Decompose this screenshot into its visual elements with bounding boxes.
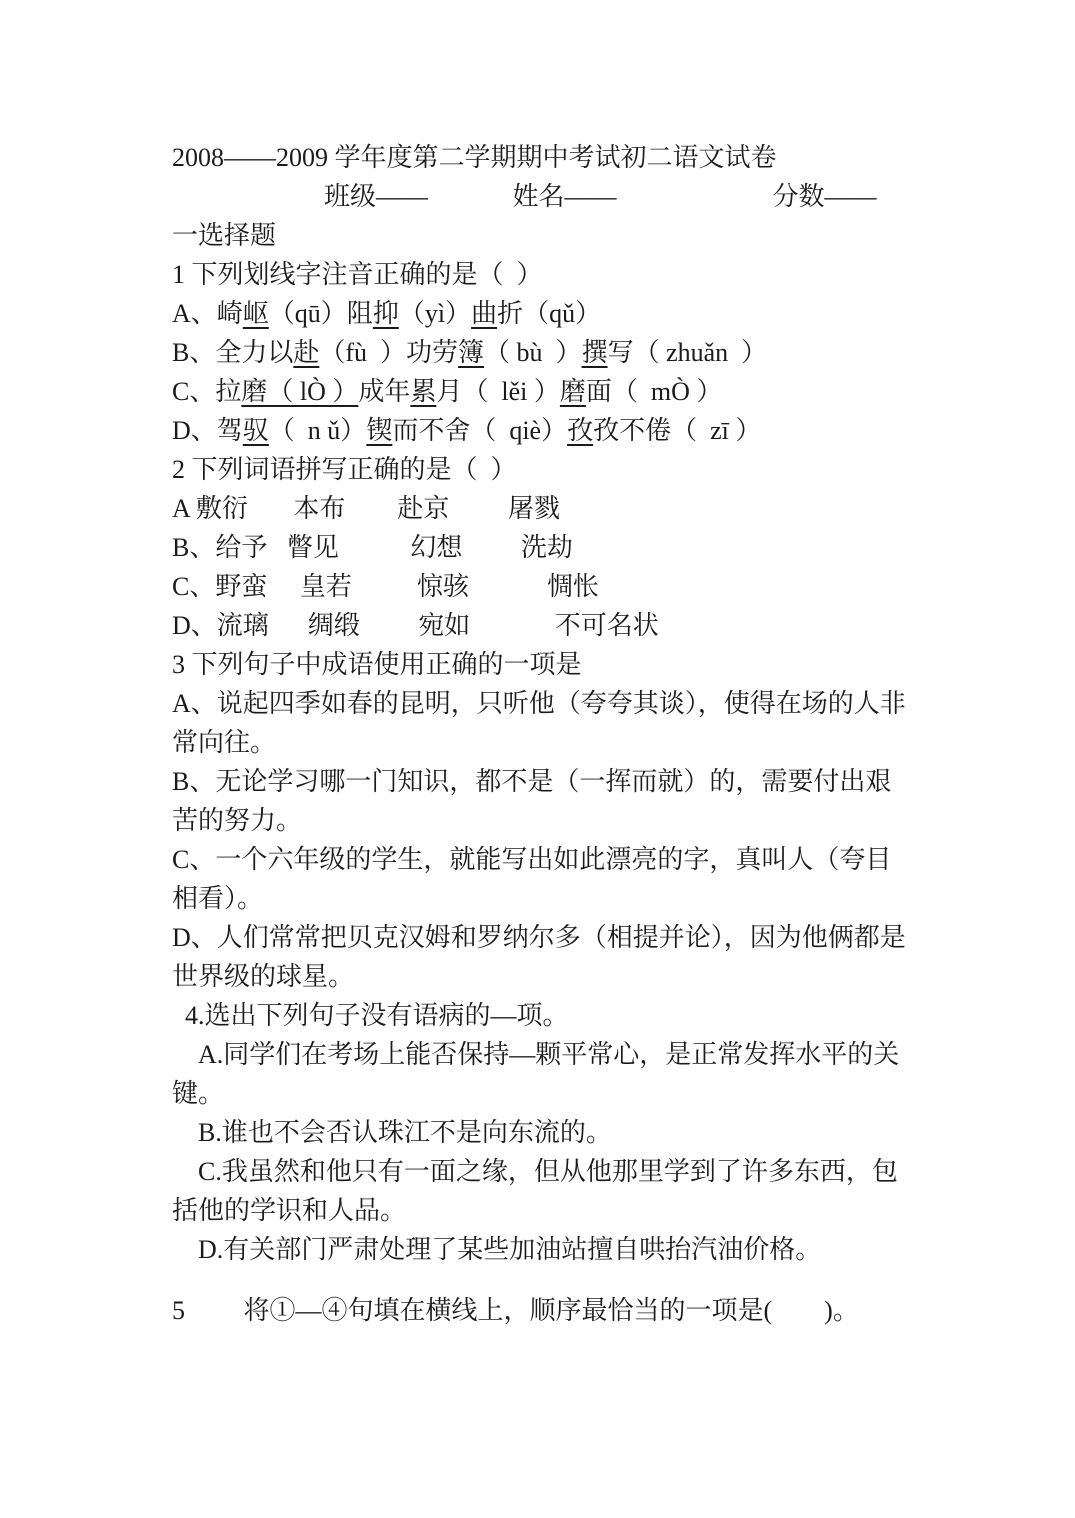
exam-paper-page: 2008——2009 学年度第二学期期中考试初二语文试卷班级—— 姓名—— 分数… — [0, 0, 1075, 1518]
text-segment: （fù ）功劳 — [319, 338, 458, 367]
q3-option-d-cont: 世界级的球星。 — [172, 957, 925, 996]
q4-option-a: A.同学们在考场上能否保持—颗平常心，是正常发挥水平的关 — [172, 1035, 925, 1074]
q1-option-c: C、拉磨（ lÒ ）成年累月（ lěi ）磨面（ mÒ ） — [172, 372, 925, 411]
text-segment: B、全力以 — [172, 338, 293, 367]
text-segment: C、一个六年级的学生，就能写出如此漂亮的字，真叫人（夸目 — [172, 845, 891, 874]
header-fields: 班级—— 姓名—— 分数—— — [172, 177, 925, 216]
text-segment: C、拉 — [172, 377, 241, 406]
text-segment: D、流璃 绸缎 宛如 不可名状 — [172, 611, 659, 640]
document-body: 2008——2009 学年度第二学期期中考试初二语文试卷班级—— 姓名—— 分数… — [172, 138, 925, 1330]
q5-stem: 5 将①—④句填在横线上，顺序最恰当的一项是( )。 — [172, 1291, 925, 1330]
section-title: 一选择题 — [172, 216, 925, 255]
text-segment: D、驾 — [172, 416, 243, 445]
q4-stem: 4.选出下列句子没有语病的—项。 — [172, 996, 925, 1035]
underlined-text: 孜 — [567, 416, 593, 445]
underlined-text: 岖 — [243, 299, 269, 328]
q3-option-a: A、说起四季如春的昆明，只听他（夸夸其谈），使得在场的人非 — [172, 684, 925, 723]
underlined-text: 磨（ lÒ ） — [241, 377, 358, 406]
q3-option-a-cont: 常向往。 — [172, 723, 925, 762]
text-segment: B.谁也不会否认珠江不是向东流的。 — [198, 1118, 612, 1147]
text-segment: 5 将①—④句填在横线上，顺序最恰当的一项是( )。 — [172, 1296, 859, 1325]
text-segment: （yì） — [399, 299, 471, 328]
text-segment: 而不舍（ qiè） — [392, 416, 567, 445]
text-segment: 相看）。 — [172, 884, 263, 913]
text-segment: 班级—— — [324, 182, 428, 211]
exam-title: 2008——2009 学年度第二学期期中考试初二语文试卷 — [172, 138, 925, 177]
q2-option-b: B、给予 瞥见 幻想 洗劫 — [172, 528, 925, 567]
text-segment: 面（ mÒ ） — [586, 377, 723, 406]
q1-option-b: B、全力以赴（fù ）功劳簿（ bù ）撰写（ zhuǎn ） — [172, 333, 925, 372]
text-segment: 世界级的球星。 — [172, 962, 354, 991]
text-segment: C、野蛮 皇若 惊骇 惆怅 — [172, 572, 599, 601]
text-segment: （qū）阻 — [269, 299, 373, 328]
text-segment: （ n ǔ） — [269, 416, 367, 445]
q2-option-d: D、流璃 绸缎 宛如 不可名状 — [172, 606, 925, 645]
text-segment: C.我虽然和他只有一面之缘，但从他那里学到了许多东西，包 — [198, 1157, 898, 1186]
q3-option-d: D、人们常常把贝克汉姆和罗纳尔多（相提并论），因为他俩都是 — [172, 918, 925, 957]
text-segment: 1 下列划线字注音正确的是（ ） — [172, 260, 543, 289]
underlined-text: 磨 — [560, 377, 586, 406]
underlined-text: 驭 — [243, 416, 269, 445]
text-segment: 成年 — [358, 377, 410, 406]
q3-option-b: B、无论学习哪一门知识，都不是（一挥而就）的，需要付出艰 — [172, 762, 925, 801]
text-segment: 3 下列句子中成语使用正确的一项是 — [172, 650, 582, 679]
text-segment: 括他的学识和人品。 — [172, 1196, 406, 1225]
text-segment: 2008——2009 学年度第二学期期中考试初二语文试卷 — [172, 143, 777, 172]
text-segment — [428, 182, 513, 211]
q3-option-c: C、一个六年级的学生，就能写出如此漂亮的字，真叫人（夸目 — [172, 840, 925, 879]
text-segment: 月（ lěi ） — [436, 377, 560, 406]
underlined-text: 抑 — [373, 299, 399, 328]
text-segment: A、崎 — [172, 299, 243, 328]
text-segment — [617, 182, 773, 211]
q4-option-c: C.我虽然和他只有一面之缘，但从他那里学到了许多东西，包 — [172, 1152, 925, 1191]
text-segment: D.有关部门严肃处理了某些加油站擅自哄抬汽油价格。 — [198, 1235, 821, 1264]
q2-option-c: C、野蛮 皇若 惊骇 惆怅 — [172, 567, 925, 606]
q2-option-a: A 敷衍 本布 赴京 屠戮 — [172, 489, 925, 528]
text-segment: B、无论学习哪一门知识，都不是（一挥而就）的，需要付出艰 — [172, 767, 891, 796]
q3-option-c-cont: 相看）。 — [172, 879, 925, 918]
text-segment: 孜不倦（ zī ） — [593, 416, 761, 445]
q1-stem: 1 下列划线字注音正确的是（ ） — [172, 255, 925, 294]
text-segment: 折（qǔ） — [497, 299, 601, 328]
q3-option-b-cont: 苦的努力。 — [172, 801, 925, 840]
q4-option-c-cont: 括他的学识和人品。 — [172, 1191, 925, 1230]
underlined-text: 锲 — [366, 416, 392, 445]
q4-option-b: B.谁也不会否认珠江不是向东流的。 — [172, 1113, 925, 1152]
text-segment: 分数—— — [773, 182, 877, 211]
text-segment: A、说起四季如春的昆明，只听他（夸夸其谈），使得在场的人非 — [172, 689, 906, 718]
q1-option-a: A、崎岖（qū）阻抑（yì）曲折（qǔ） — [172, 294, 925, 333]
text-segment: 一选择题 — [172, 221, 276, 250]
text-segment: A.同学们在考场上能否保持—颗平常心，是正常发挥水平的关 — [198, 1040, 899, 1069]
underlined-text: 累 — [410, 377, 436, 406]
underlined-text: 撰 — [582, 338, 608, 367]
text-segment: 4.选出下列句子没有语病的—项。 — [185, 1001, 569, 1030]
q1-option-d: D、驾驭（ n ǔ）锲而不舍（ qiè）孜孜不倦（ zī ） — [172, 411, 925, 450]
underlined-text: 簿 — [458, 338, 484, 367]
text-segment: 写（ zhuǎn ） — [608, 338, 768, 367]
text-segment: A 敷衍 本布 赴京 屠戮 — [172, 494, 560, 523]
q3-stem: 3 下列句子中成语使用正确的一项是 — [172, 645, 925, 684]
q2-stem: 2 下列词语拼写正确的是（ ） — [172, 450, 925, 489]
text-segment: 姓名—— — [513, 182, 617, 211]
underlined-text: 赴 — [293, 338, 319, 367]
text-segment: 键。 — [172, 1079, 224, 1108]
text-segment: 苦的努力。 — [172, 806, 302, 835]
text-segment: D、人们常常把贝克汉姆和罗纳尔多（相提并论），因为他俩都是 — [172, 923, 906, 952]
text-segment: （ bù ） — [484, 338, 582, 367]
text-segment: B、给予 瞥见 幻想 洗劫 — [172, 533, 573, 562]
text-segment: 常向往。 — [172, 728, 276, 757]
q4-option-a-cont: 键。 — [172, 1074, 925, 1113]
underlined-text: 曲 — [471, 299, 497, 328]
text-segment: 2 下列词语拼写正确的是（ ） — [172, 455, 517, 484]
q4-option-d: D.有关部门严肃处理了某些加油站擅自哄抬汽油价格。 — [172, 1230, 925, 1269]
